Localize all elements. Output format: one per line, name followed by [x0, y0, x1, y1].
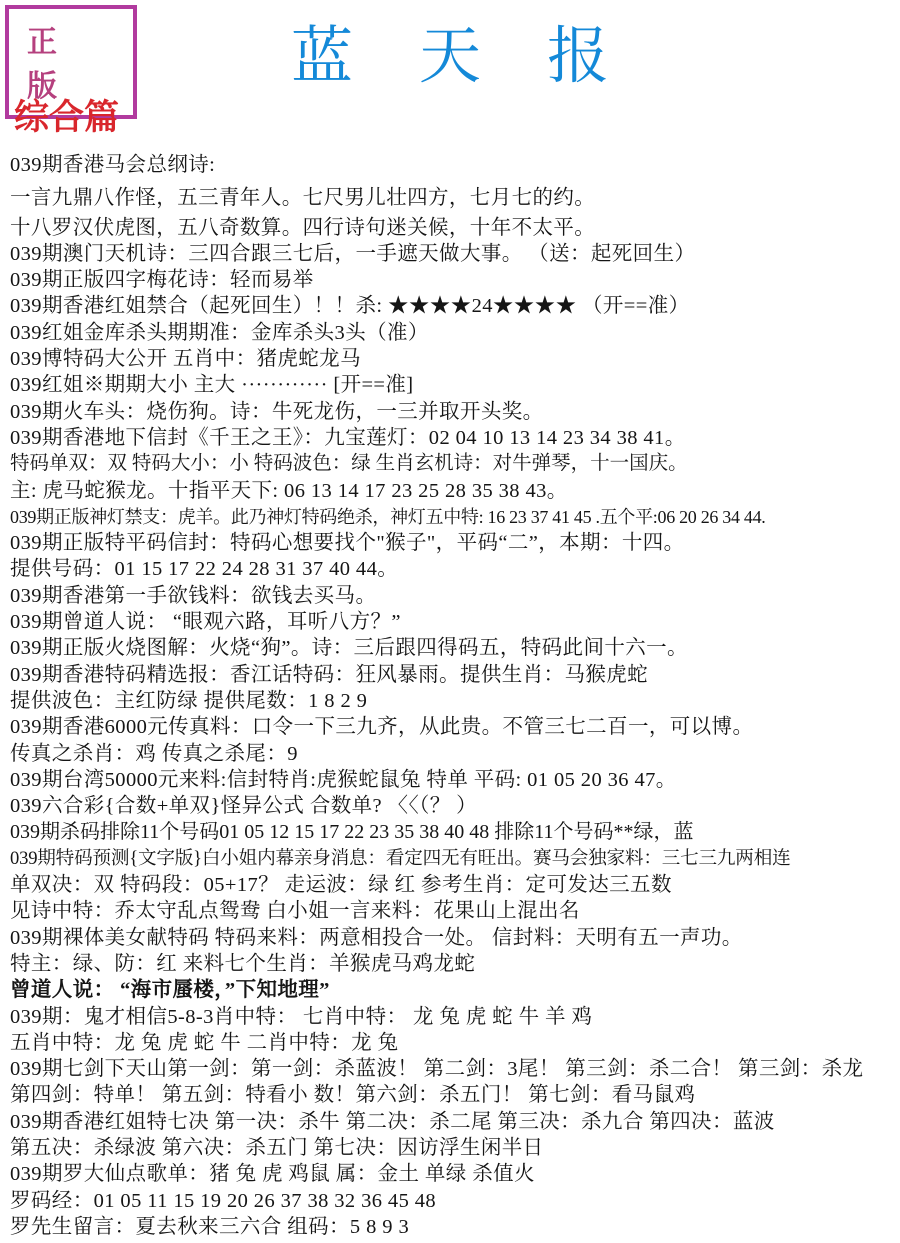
text-line: 039博特码大公开 五肖中：猪虎蛇龙马 [10, 346, 900, 372]
text-line: 039期正版神灯禁支：虎羊。此乃神灯特码绝杀，神灯五中特: 16 23 37 4… [10, 504, 900, 530]
text-line: 039期杀码排除11个号码01 05 12 15 17 22 23 35 38 … [10, 819, 900, 845]
text-line: 039期特码预测{文字版}白小姐内幕亲身消息：看定四无有旺出。赛马会独家料：三七… [10, 846, 900, 872]
page-title: 蓝天报 [0, 6, 900, 95]
text-line: 039期裸体美女献特码 特码来料：两意相投合一处。 信封料：天明有五一声功。 [10, 925, 900, 951]
text-line: 十八罗汉伏虎图，五八奇数算。四行诗句迷关候，十年不太平。 [10, 215, 900, 241]
text-line: 曾道人说： “海市蜃楼，”下知地理” [10, 977, 900, 1003]
content-lines: 039期香港马会总纲诗:一言九鼎八作怪，五三青年人。七尺男儿壮四方，七月七的约。… [10, 152, 900, 1240]
text-line: 039期：鬼才相信5-8-3肖中特： 七肖中特： 龙 兔 虎 蛇 牛 羊 鸡 [10, 1004, 900, 1030]
text-line: 第四剑：特单！ 第五剑：特看小 数！第六剑：杀五门！ 第七剑：看马鼠鸡 [10, 1082, 900, 1108]
text-line: 039期香港红姐禁合（起死回生）！！杀: ★★★★24★★★★ （开==准） [10, 293, 900, 319]
text-line: 罗码经：01 05 11 15 19 20 26 37 38 32 36 45 … [10, 1188, 900, 1214]
text-line: 单双决：双 特码段：05+17？ 走运波：绿 红 参考生肖：定可发达三五数 [10, 872, 900, 898]
text-line: 039期台湾50000元来料:信封特肖:虎猴蛇鼠兔 特单 平码: 01 05 2… [10, 767, 900, 793]
text-line: 罗先生留言：夏去秋来三六合 组码：5 8 9 3 [10, 1214, 900, 1240]
text-line: 039期澳门天机诗：三四合跟三七后，一手遮天做大事。 （送：起死回生） [10, 241, 900, 267]
text-line: 第五决：杀绿波 第六决：杀五门 第七决：因访浮生闲半日 [10, 1135, 900, 1161]
text-line: 039期正版火烧图解：火烧“狗”。诗：三后跟四得码五，特码此间十六一。 [10, 635, 900, 661]
text-line: 提供号码：01 15 17 22 24 28 31 37 40 44。 [10, 556, 900, 582]
text-line: 039红姐金库杀头期期准：金库杀头3头（准） [10, 320, 900, 346]
text-line: 039期曾道人说： “眼观六路，耳听八方？” [10, 609, 900, 635]
section-title: 综合篇 [14, 90, 119, 140]
text-line: 039期香港地下信封《千王之王》：九宝莲灯：02 04 10 13 14 23 … [10, 425, 900, 451]
text-line: 039期正版四字梅花诗：轻而易举 [10, 267, 900, 293]
text-line: 039期香港6000元传真料：口令一下三九齐，从此贵。不管三七二百一，可以博。 [10, 714, 900, 740]
text-line: 一言九鼎八作怪，五三青年人。七尺男儿壮四方，七月七的约。 [10, 185, 900, 211]
text-line: 039期正版特平码信封：特码心想要找个"猴子"，平码“二”，本期：十四。 [10, 530, 900, 556]
text-line: 039期七剑下天山第一剑：第一剑：杀蓝波！ 第二剑：3尾！ 第三剑：杀二合！ 第… [10, 1056, 900, 1082]
text-line: 039红姐※期期大小 主大 ············ [开==准] [10, 372, 900, 398]
text-line: 039期香港第一手欲钱料：欲钱去买马。 [10, 583, 900, 609]
text-line: 039期香港特码精选报：香江话特码：狂风暴雨。提供生肖：马猴虎蛇 [10, 662, 900, 688]
text-line: 特码单双：双 特码大小：小 特码波色：绿 生肖玄机诗：对牛弹琴，十一国庆。 [10, 451, 900, 477]
text-line: 特主：绿、防：红 来料七个生肖：羊猴虎马鸡龙蛇 [10, 951, 900, 977]
text-line: 传真之杀肖：鸡 传真之杀尾：9 [10, 741, 900, 767]
text-line: 主: 虎马蛇猴龙。十指平天下: 06 13 14 17 23 25 28 35 … [10, 478, 900, 504]
text-line: 提供波色：主红防绿 提供尾数：1 8 2 9 [10, 688, 900, 714]
text-line: 039六合彩{合数+单双}怪异公式 合数单? 〈〈（？ ） [10, 793, 900, 819]
text-line: 039期香港马会总纲诗: [10, 152, 900, 178]
text-line: 五肖中特：龙 兔 虎 蛇 牛 二肖中特：龙 兔 [10, 1030, 900, 1056]
text-line: 见诗中特：乔太守乱点鸳鸯 白小姐一言来料：花果山上混出名 [10, 898, 900, 924]
text-line: 039期火车头：烧伤狗。诗：牛死龙伤，一三并取开头奖。 [10, 399, 900, 425]
text-line: 039期罗大仙点歌单：猪 兔 虎 鸡鼠 属：金土 单绿 杀值火 [10, 1161, 900, 1187]
text-line: 039期香港红姐特七决 第一决：杀牛 第二决：杀二尾 第三决：杀九合 第四决：蓝… [10, 1109, 900, 1135]
